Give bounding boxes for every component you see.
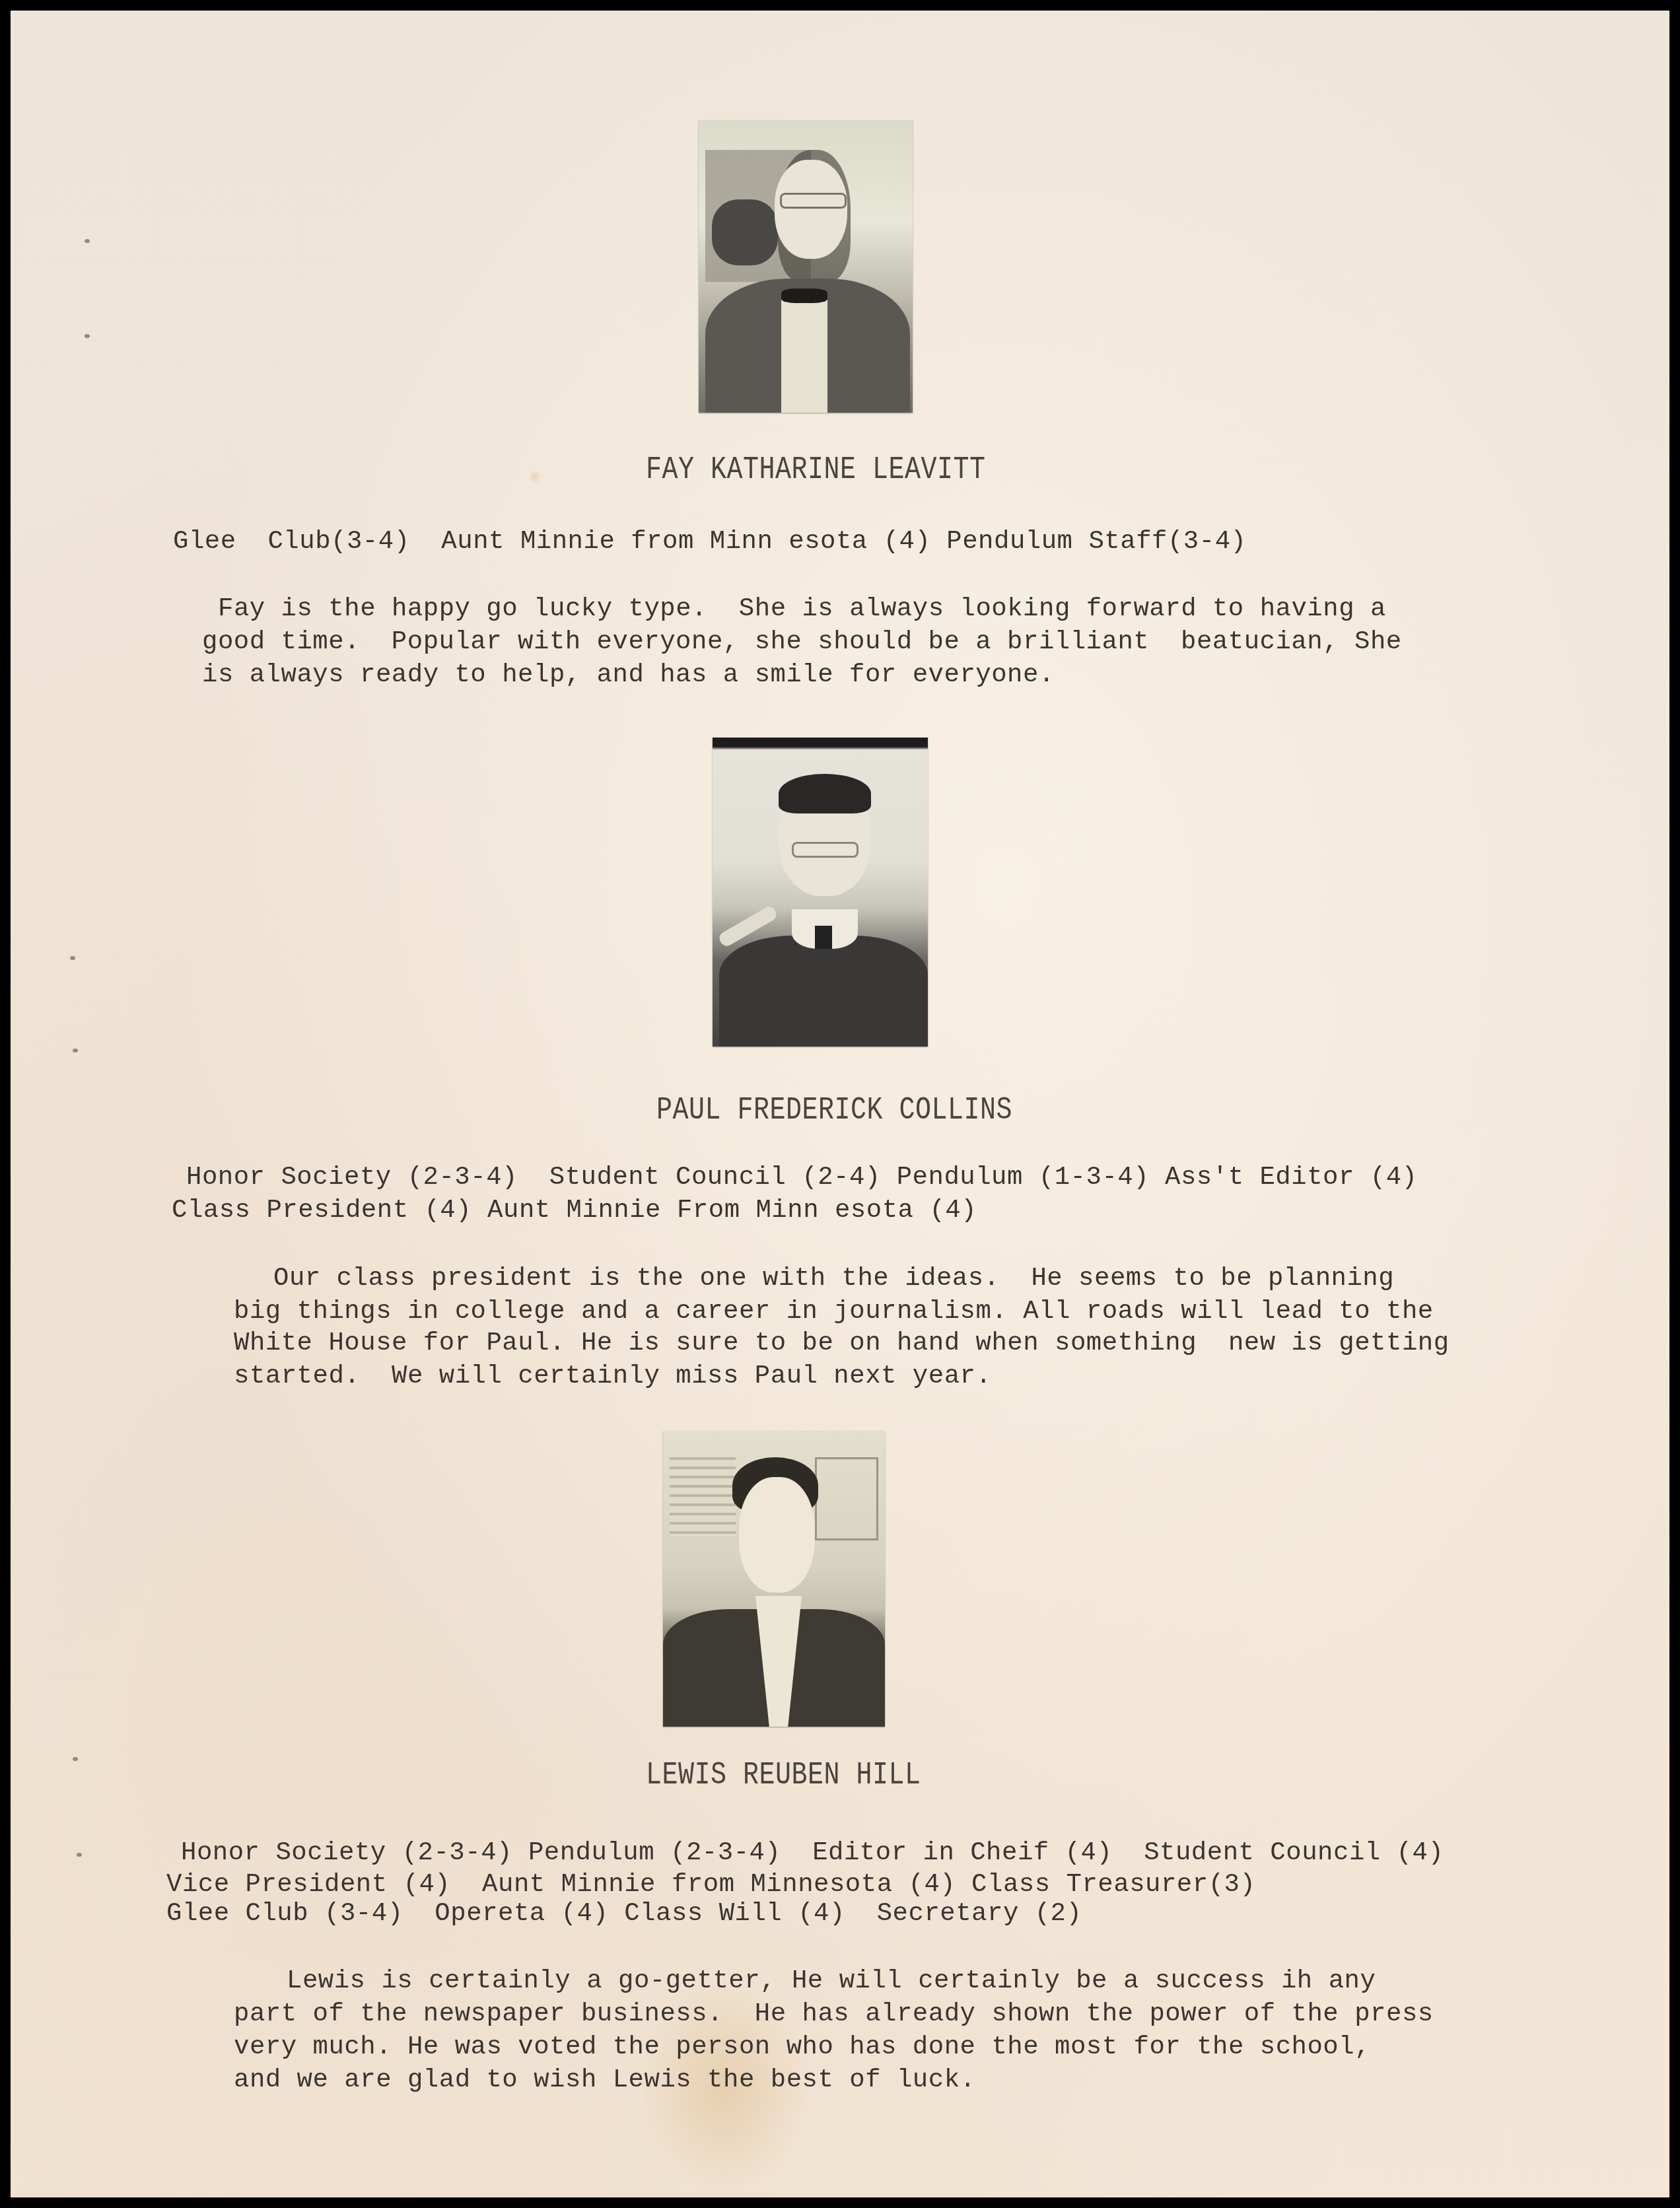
student-description-line: and we are glad to wish Lewis the best o… [234, 2065, 975, 2094]
student-description-line: is always ready to help, and has a smile… [202, 660, 1055, 689]
student-description-line: Lewis is certainly a go-getter, He will … [287, 1966, 1376, 1995]
student-name: LEWIS REUBEN HILL [646, 1758, 921, 1793]
student-name: PAUL FREDERICK COLLINS [656, 1093, 1012, 1128]
portrait-photo-fay [699, 120, 913, 413]
student-activities: Honor Society (2-3-4) Pendulum (2-3-4) E… [181, 1838, 1444, 1867]
student-name: FAY KATHARINE LEAVITT [646, 453, 986, 488]
student-activities: Glee Club(3-4) Aunt Minnie from Minn eso… [173, 527, 1246, 556]
yearbook-page: FAY KATHARINE LEAVITT Glee Club(3-4) Aun… [11, 11, 1669, 2197]
student-description-line: White House for Paul. He is sure to be o… [234, 1328, 1450, 1358]
student-description-line: good time. Popular with everyone, she sh… [202, 627, 1402, 656]
student-description-line: Our class president is the one with the … [273, 1264, 1394, 1293]
binding-hole [70, 956, 75, 960]
student-activities: Vice President (4) Aunt Minnie from Minn… [166, 1870, 1255, 1899]
portrait-photo-paul [713, 738, 928, 1047]
student-description-line: Fay is the happy go lucky type. She is a… [218, 594, 1386, 623]
binding-hole [85, 334, 90, 338]
student-description-line: big things in college and a career in jo… [234, 1297, 1434, 1326]
binding-hole [85, 239, 90, 243]
binding-hole [73, 1049, 78, 1052]
student-activities: Glee Club (3-4) Opereta (4) Class Will (… [166, 1899, 1082, 1928]
student-activities: Class President (4) Aunt Minnie From Min… [172, 1196, 977, 1225]
spot-stain [529, 469, 541, 484]
portrait-photo-lewis [663, 1431, 885, 1727]
student-description-line: very much. He was voted the person who h… [234, 2032, 1370, 2061]
student-description-line: started. We will certainly miss Paul nex… [234, 1362, 991, 1391]
student-activities: Honor Society (2-3-4) Student Council (2… [186, 1163, 1418, 1192]
binding-hole [73, 1757, 78, 1761]
binding-hole [77, 1853, 82, 1857]
student-description-line: part of the newspaper business. He has a… [234, 1999, 1434, 2028]
